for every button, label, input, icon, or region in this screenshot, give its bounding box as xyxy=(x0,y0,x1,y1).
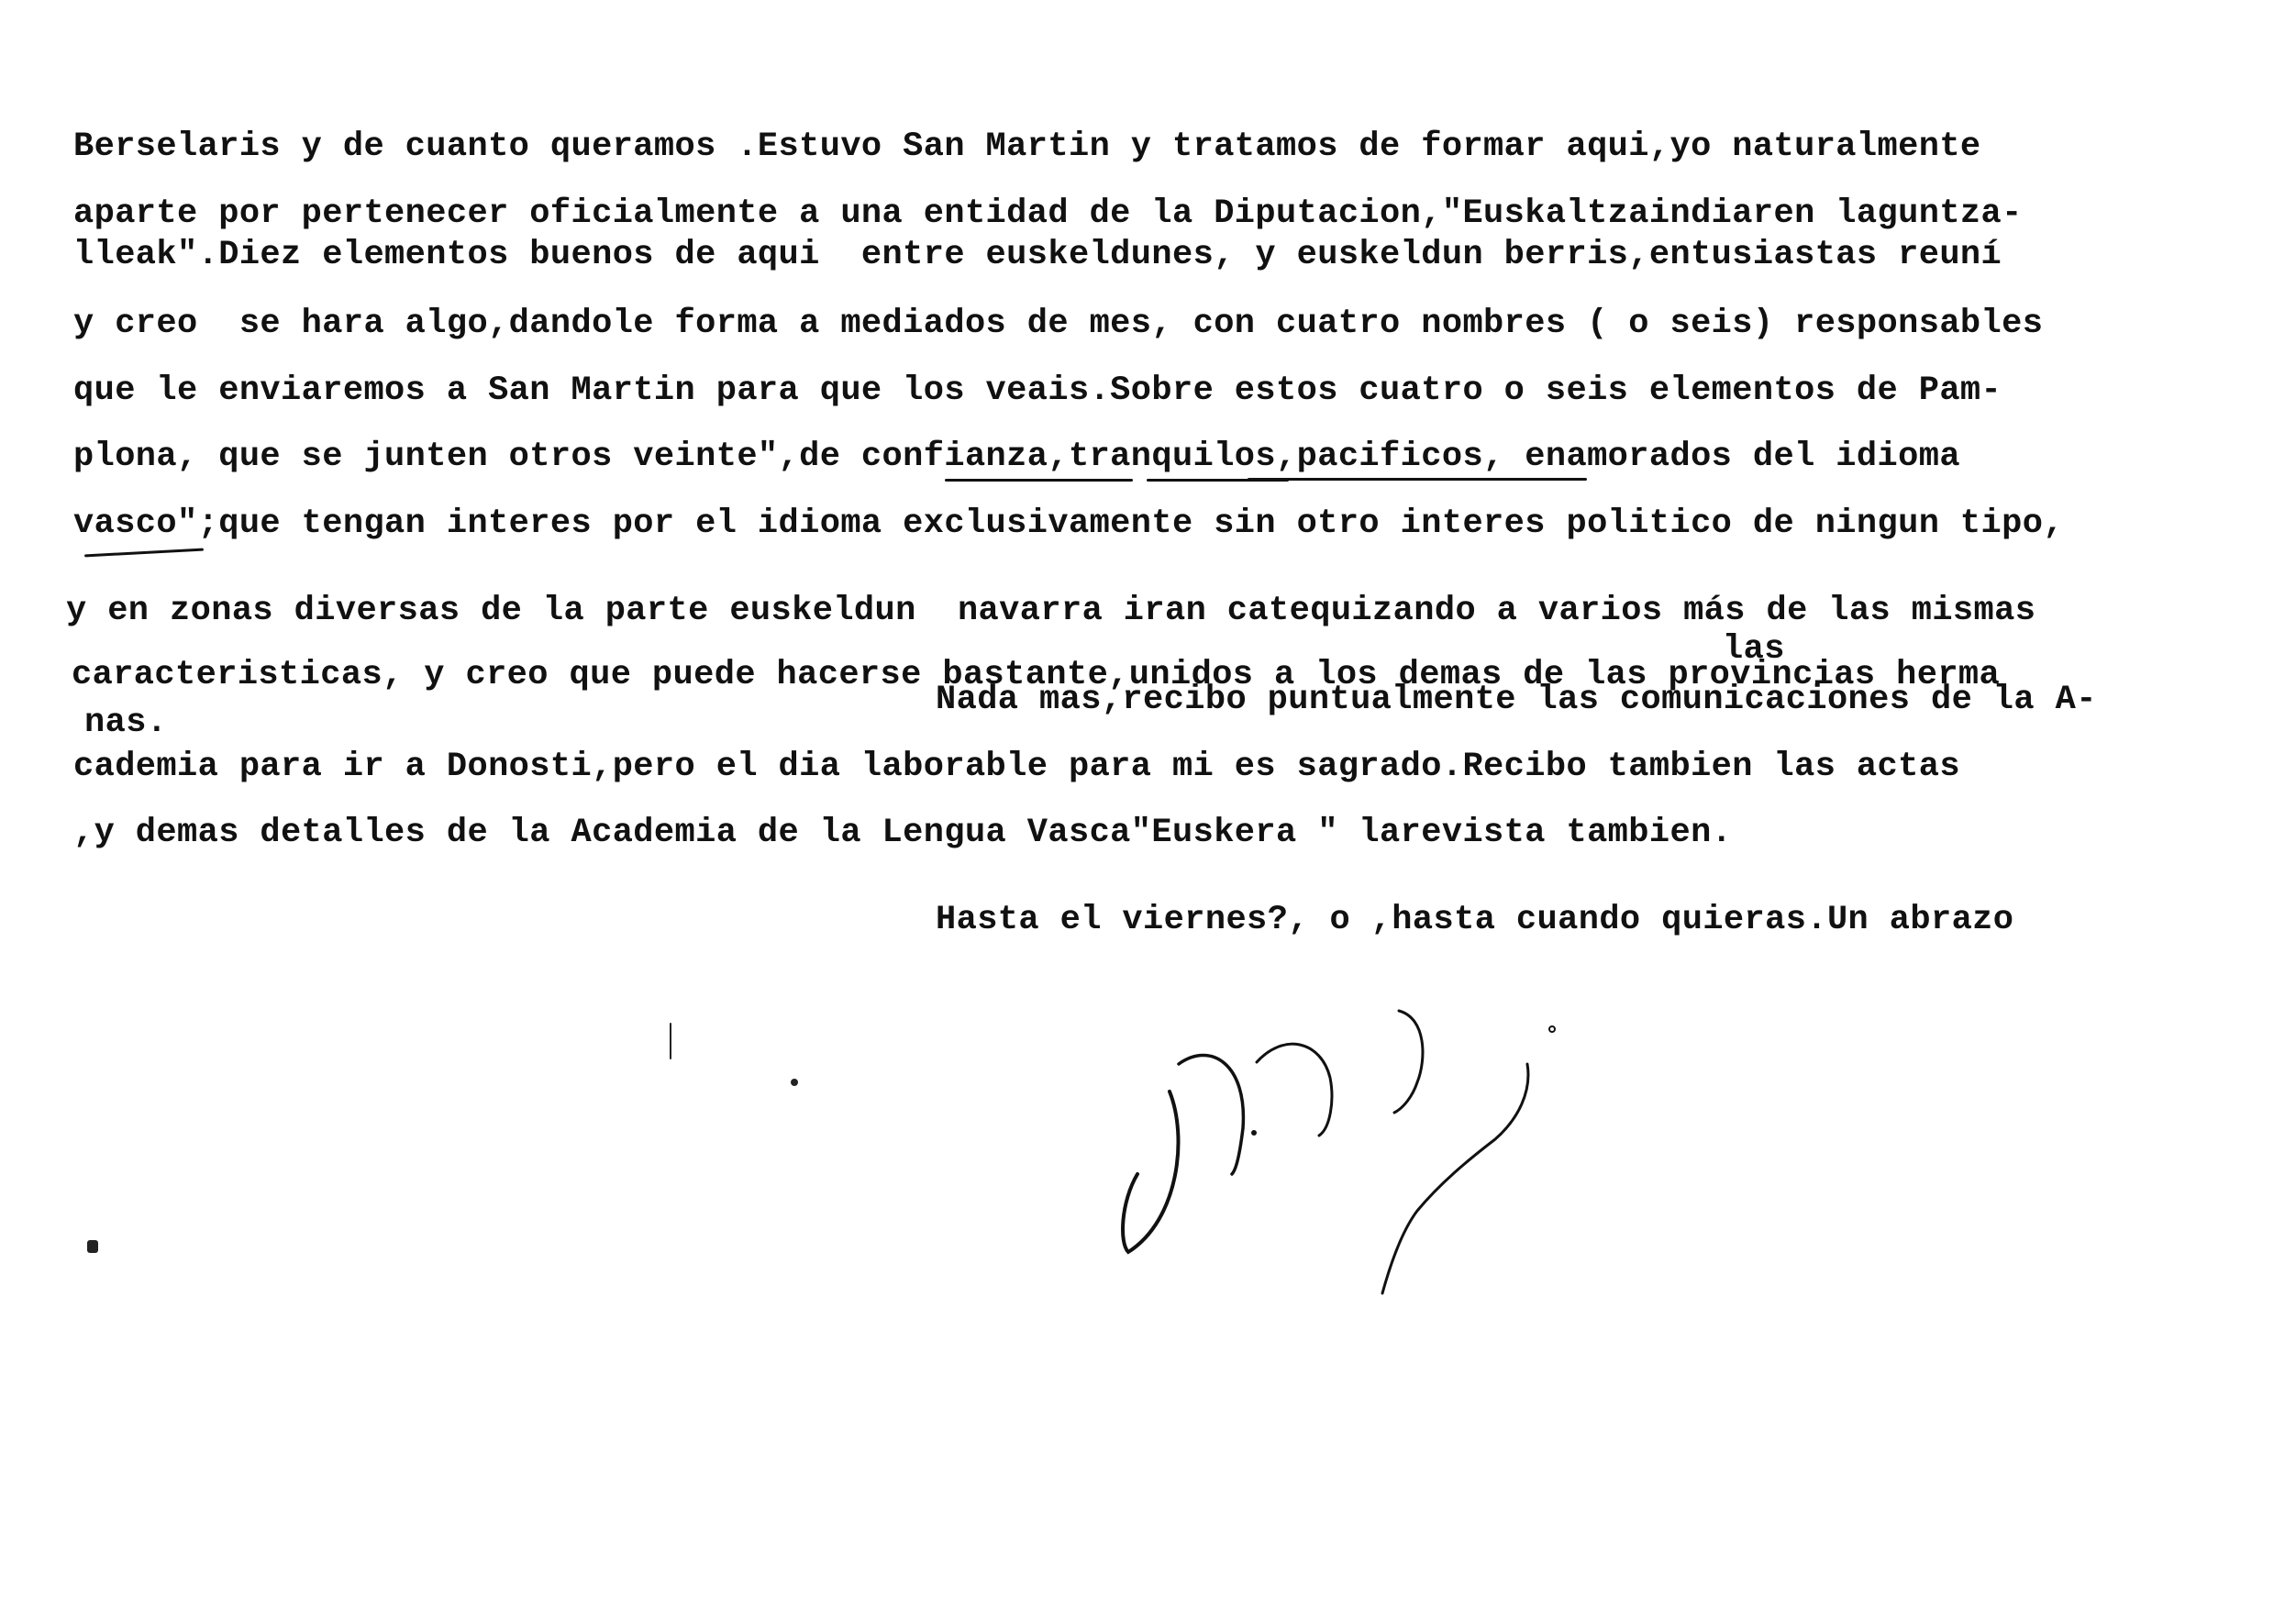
letter-line-12: cademia para ir a Donosti,pero el dia la… xyxy=(73,750,1960,784)
letter-line-13: ,y demas detalles de la Academia de la L… xyxy=(73,816,1732,850)
closing-line: Hasta el viernes?, o ,hasta cuando quier… xyxy=(936,903,2013,937)
letter-line-2: aparte por pertenecer oficialmente a una… xyxy=(73,197,2023,231)
letter-page: Berselaris y de cuanto queramos .Estuvo … xyxy=(0,0,2296,1607)
ink-speck xyxy=(791,1079,798,1086)
underline-vasco xyxy=(84,549,204,558)
letter-line-5: que le enviaremos a San Martin para que … xyxy=(73,374,2002,408)
signature xyxy=(1101,991,1835,1321)
letter-line-10: nas. xyxy=(84,706,167,740)
letter-line-8: y en zonas diversas de la parte euskeldu… xyxy=(66,594,2035,628)
letter-line-4: y creo se hara algo,dandole forma a medi… xyxy=(73,307,2043,341)
letter-line-6: plona, que se junten otros veinte",de co… xyxy=(73,440,1960,474)
ink-mark xyxy=(87,1240,98,1253)
underline-enamorados xyxy=(1348,478,1587,481)
letter-line-3: lleak".Diez elementos buenos de aqui ent… xyxy=(73,238,2002,272)
letter-line-7: vasco";que tengan interes por el idioma … xyxy=(73,507,2064,541)
letter-line-11: Nada mas,recibo puntualmente las comunic… xyxy=(936,683,2097,717)
letter-line-1: Berselaris y de cuanto queramos .Estuvo … xyxy=(73,130,1981,164)
ink-stroke xyxy=(670,1023,671,1059)
underline-confianza xyxy=(945,479,1133,482)
